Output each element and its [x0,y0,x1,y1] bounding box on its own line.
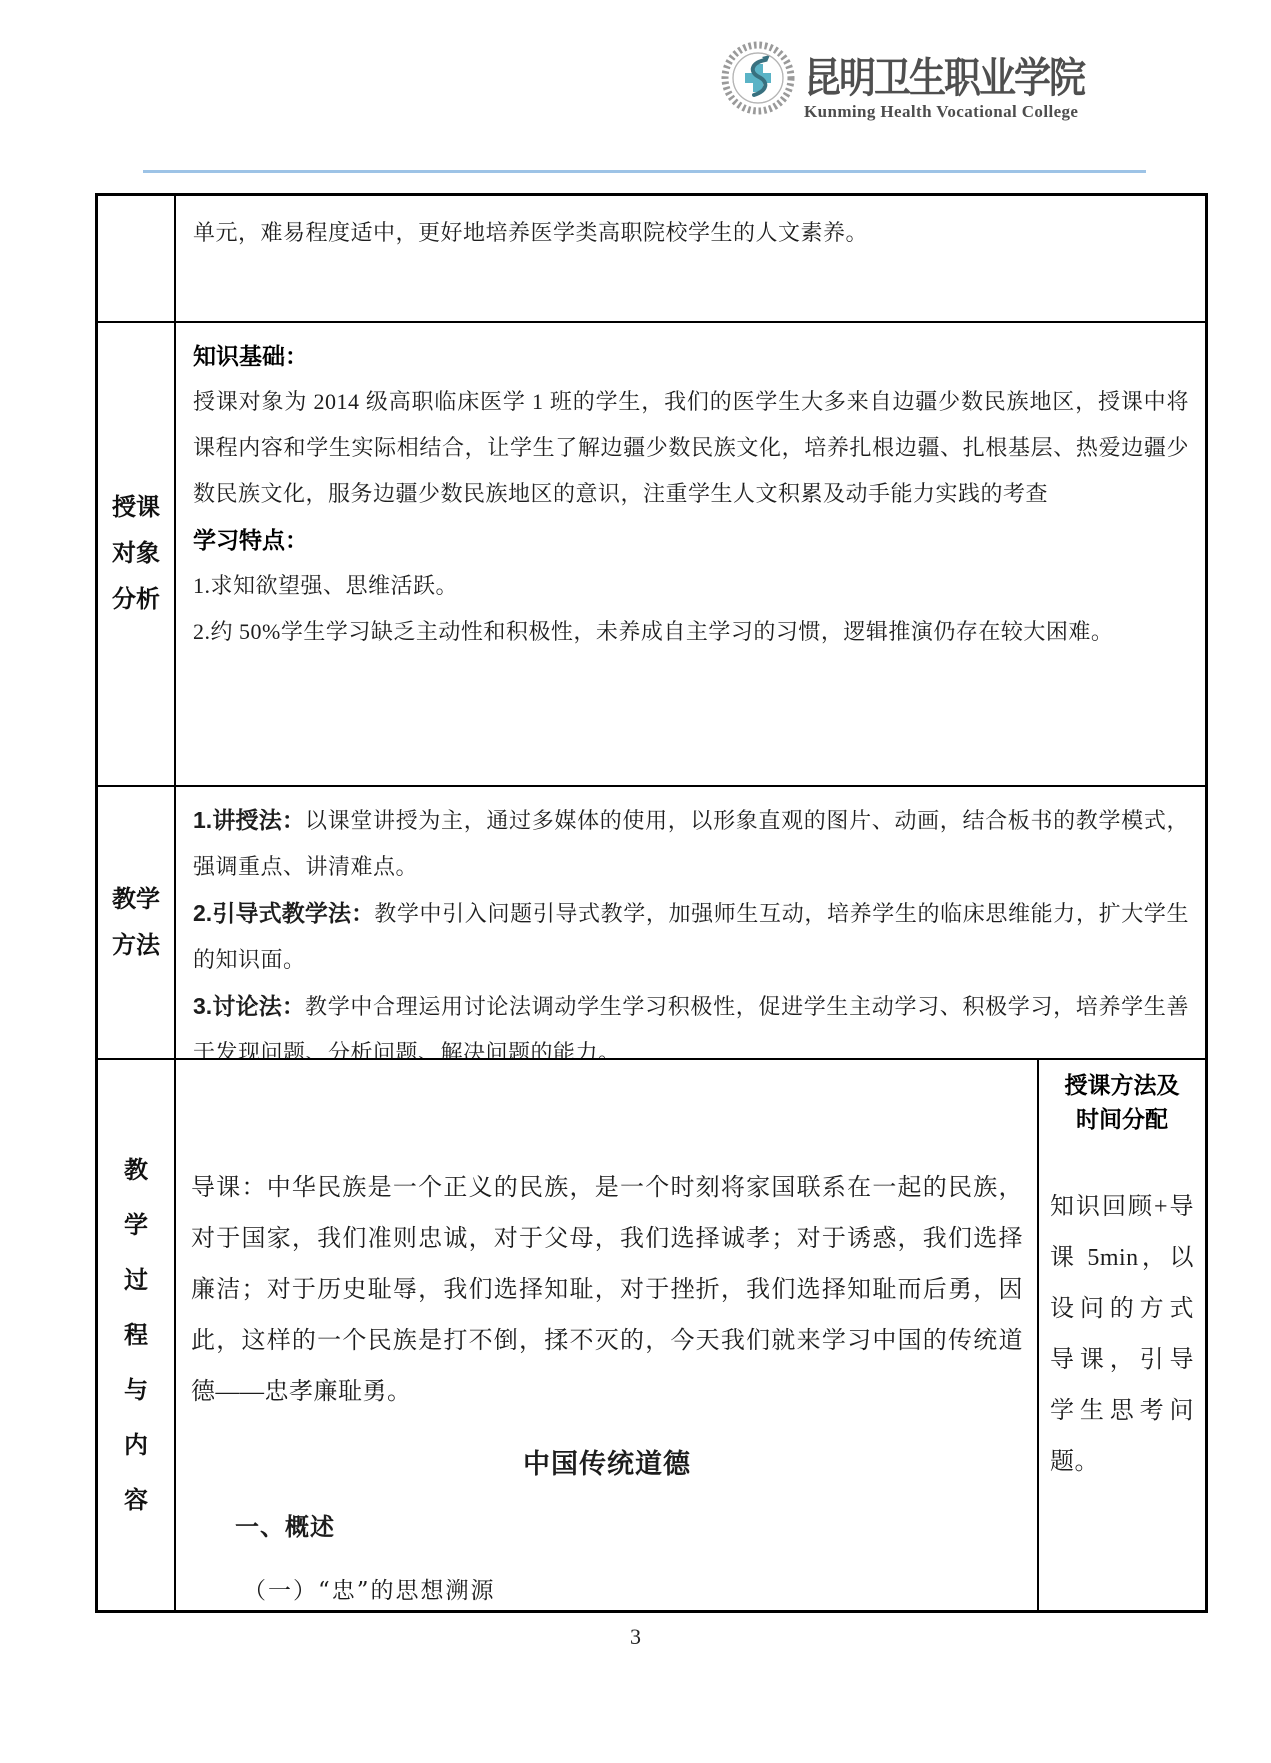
header-divider-line [143,170,1146,173]
teaching-method-item: 2.引导式教学法：教学中引入问题引导式教学，加强师生互动，培养学生的临床思维能力… [193,890,1189,983]
row4-label-char: 容 [124,1473,148,1528]
row1-continuation-text: 单元，难易程度适中，更好地培养医学类高职院校学生的人文素养。 [176,196,1205,321]
time-column-header-line1: 授课方法及 [1050,1068,1194,1102]
college-name-english: Kunming Health Vocational College [804,102,1078,122]
knowledge-base-heading: 知识基础： [193,333,1189,379]
row3-content-cell: 1.讲授法：以课堂讲授为主，通过多媒体的使用，以形象直观的图片、动画，结合板书的… [176,787,1205,1058]
row2-label-line1: 授课 [112,485,160,531]
lesson-title: 中国传统道德 [191,1442,1023,1481]
row2-content-cell: 知识基础： 授课对象为 2014 级高职临床医学 1 班的学生，我们的医学生大多… [176,323,1205,785]
row4-time-allocation-cell: 授课方法及 时间分配 知识回顾+导课 5min，以设问的方式导课，引导学生思考问… [1039,1060,1205,1610]
row4-label-char: 过 [124,1253,148,1308]
row4-label-char: 学 [124,1198,148,1253]
row4-label-teaching-process: 教 学 过 程 与 内 容 [98,1060,176,1610]
college-name-calligraphy: 昆明卫生职业学院 [804,44,1084,109]
row4-label-char: 内 [124,1418,148,1473]
method-text-lecture: 以课堂讲授为主，通过多媒体的使用，以形象直观的图片、动画，结合板书的教学模式，强… [193,808,1189,879]
lesson-plan-page: { "header": { "college_name_cn": "昆明卫生职业… [0,0,1271,1763]
row4-main-content-cell: 导课：中华民族是一个正义的民族，是一个时刻将家国联系在一起的民族，对于国家，我们… [176,1060,1039,1610]
college-seal-icon [718,38,798,118]
learning-traits-heading: 学习特点： [193,517,1189,563]
row4-label-char: 与 [124,1363,148,1418]
teaching-method-item: 3.讨论法：教学中合理运用讨论法调动学生学习积极性，促进学生主动学习、积极学习，… [193,983,1189,1058]
learning-trait-item: 2.约 50%学生学习缺乏主动性和积极性，未养成自主学习的习惯，逻辑推演仍存在较… [193,609,1189,655]
time-column-header-line2: 时间分配 [1050,1102,1194,1136]
row2-label-line3: 分析 [112,577,160,623]
table-row-audience-analysis: 授课 对象 分析 知识基础： 授课对象为 2014 级高职临床医学 1 班的学生… [98,323,1205,787]
method-lead-discussion: 3.讨论法： [193,993,305,1019]
subsection-heading-zhong-origin: （一）“忠”的思想溯源 [243,1572,1023,1605]
row1-label-cell-empty [98,196,176,321]
row4-label-char: 教 [124,1143,148,1198]
table-row-teaching-methods: 教学 方法 1.讲授法：以课堂讲授为主，通过多媒体的使用，以形象直观的图片、动画… [98,787,1205,1060]
method-lead-lecture: 1.讲授法： [193,807,305,833]
section-heading-overview: 一、概述 [235,1507,1023,1542]
row3-label-line1: 教学 [112,877,160,923]
learning-trait-item: 1.求知欲望强、思维活跃。 [193,563,1189,609]
lesson-intro-paragraph: 导课：中华民族是一个正义的民族，是一个时刻将家国联系在一起的民族，对于国家，我们… [191,1163,1023,1418]
time-column-header: 授课方法及 时间分配 [1050,1068,1194,1136]
row4-label-char: 程 [124,1308,148,1363]
row2-label-line2: 对象 [112,531,160,577]
row2-label-audience-analysis: 授课 对象 分析 [98,323,176,785]
page-number: 3 [0,1624,1271,1650]
row3-label-line2: 方法 [112,923,160,969]
method-text-discussion: 教学中合理运用讨论法调动学生学习积极性，促进学生主动学习、积极学习，培养学生善于… [193,994,1189,1058]
knowledge-base-paragraph: 授课对象为 2014 级高职临床医学 1 班的学生，我们的医学生大多来自边疆少数… [193,379,1189,517]
lesson-plan-table: 单元，难易程度适中，更好地培养医学类高职院校学生的人文素养。 授课 对象 分析 … [95,193,1208,1613]
table-row-continuation: 单元，难易程度适中，更好地培养医学类高职院校学生的人文素养。 [98,196,1205,323]
row3-label-teaching-methods: 教学 方法 [98,787,176,1058]
teaching-method-item: 1.讲授法：以课堂讲授为主，通过多媒体的使用，以形象直观的图片、动画，结合板书的… [193,797,1189,890]
table-row-teaching-process: 教 学 过 程 与 内 容 导课：中华民族是一个正义的民族，是一个时刻将家国联系… [98,1060,1205,1610]
time-allocation-note: 知识回顾+导课 5min，以设问的方式导课，引导学生思考问题。 [1050,1182,1194,1488]
method-lead-guided: 2.引导式教学法： [193,900,374,926]
